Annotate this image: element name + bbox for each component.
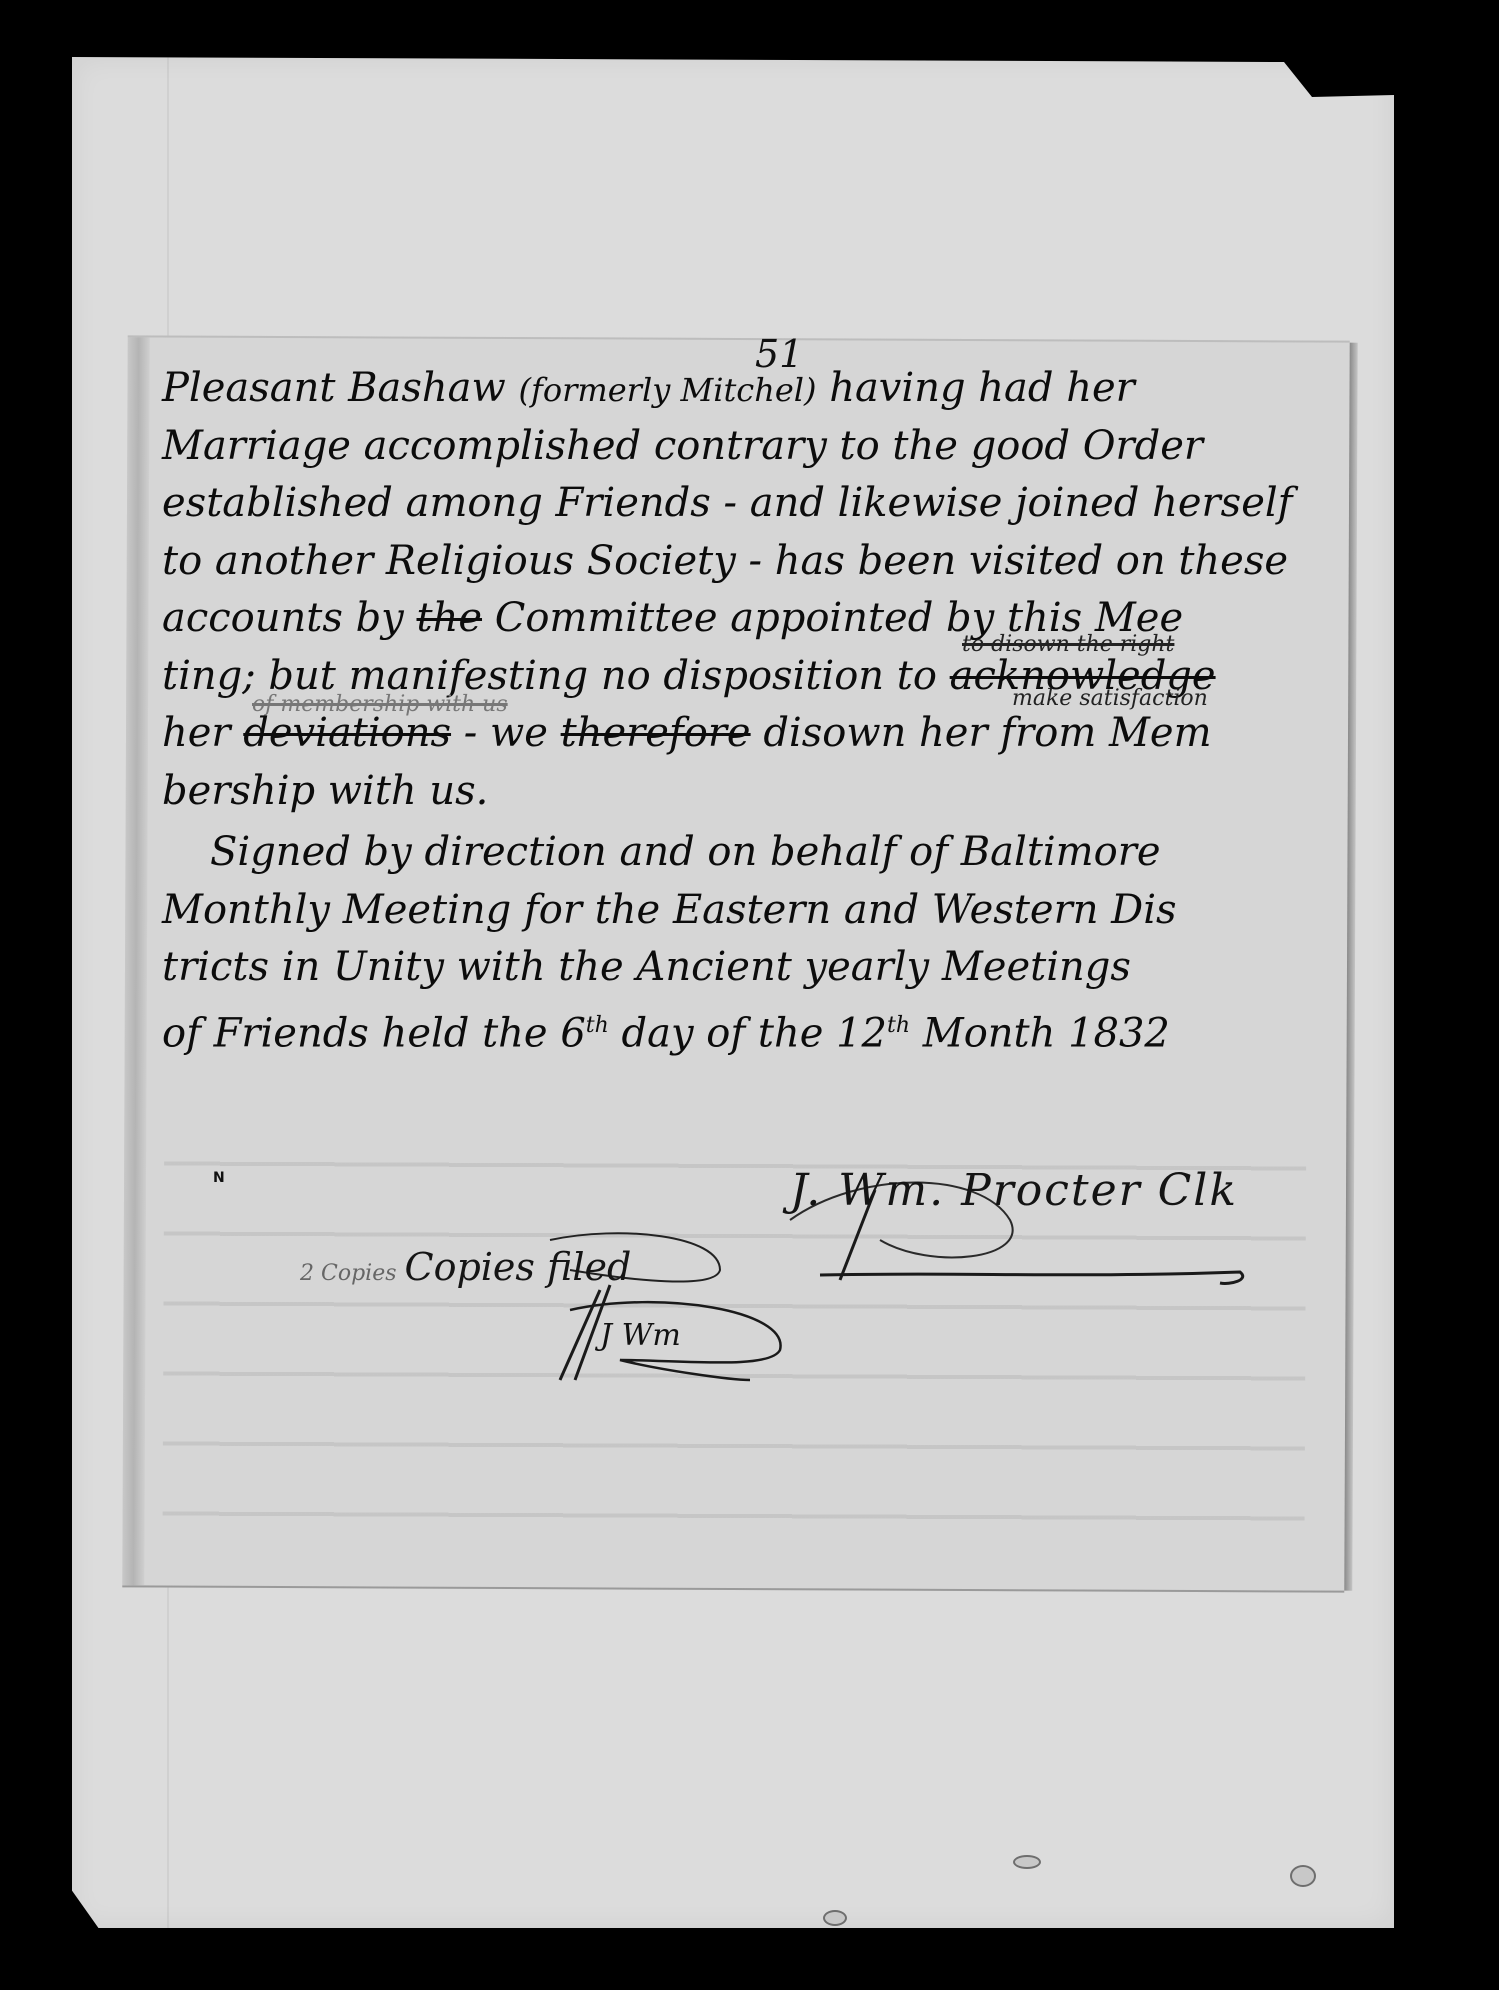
body-line-4: to another Religious Society - has been … <box>162 533 1322 591</box>
line-text: - we <box>451 710 561 756</box>
former-name: (formerly Mitchel) <box>518 371 816 409</box>
margin-mark: N <box>213 1170 225 1186</box>
stain-oval-right <box>1290 1865 1316 1887</box>
struck-word: therefore <box>561 710 751 756</box>
clerk-signature: J. Wm. Procter Clk <box>790 1165 1238 1216</box>
line-text: disown her from Mem <box>751 710 1212 756</box>
line-text: Marriage accomplished contrary to the go… <box>162 423 1203 469</box>
sheet-left-edge <box>122 337 149 1585</box>
date-middle: day of the 12 <box>609 1010 887 1056</box>
line-text: her <box>162 710 243 756</box>
body-line-7: her deviations - we therefore disown her… <box>162 705 1322 763</box>
date-end: Month 1832 <box>910 1010 1170 1056</box>
month-suffix: th <box>887 1013 910 1038</box>
body-line-3: established among Friends - and likewise… <box>162 475 1322 533</box>
date-line: of Friends held the 6th day of the 12th … <box>162 997 1322 1055</box>
copies-count: 2 Copies <box>300 1261 397 1286</box>
initials-text: J Wm <box>594 1318 681 1353</box>
line-text: Pleasant Bashaw <box>162 365 518 411</box>
struck-word: the <box>417 595 483 641</box>
signing-line-2: Monthly Meeting for the Eastern and West… <box>162 882 1322 940</box>
body-line-1: Pleasant Bashaw (formerly Mitchel) havin… <box>162 360 1322 418</box>
signing-line-1: Signed by direction and on behalf of Bal… <box>162 824 1322 882</box>
signing-line-3: tricts in Unity with the Ancient yearly … <box>162 939 1322 997</box>
body-line-6: ting; but manifesting no disposition to … <box>162 648 1322 706</box>
date-prefix: of Friends held the 6 <box>162 1010 586 1056</box>
body-line-8: bership with us. <box>162 763 1322 821</box>
line-text: accounts by <box>162 595 417 641</box>
line-text: established among Friends - and likewise… <box>162 480 1292 526</box>
filing-note: 2 CopiesCopies filed <box>300 1245 631 1289</box>
line-text: having had her <box>816 365 1134 411</box>
struck-word: deviations <box>243 710 451 756</box>
line-text: bership with us. <box>162 768 488 814</box>
line-text: to another Religious Society - has been … <box>162 538 1288 584</box>
day-suffix: th <box>586 1013 609 1038</box>
body-line-2: Marriage accomplished contrary to the go… <box>162 418 1322 476</box>
stain-oval-left <box>1013 1855 1041 1869</box>
stain-oval-center <box>823 1910 847 1926</box>
body-line-5: accounts by the Committee appointed by t… <box>162 590 1322 648</box>
copies-filed-text: Copies filed <box>405 1245 632 1289</box>
manuscript-body: Pleasant Bashaw (formerly Mitchel) havin… <box>162 360 1322 1054</box>
